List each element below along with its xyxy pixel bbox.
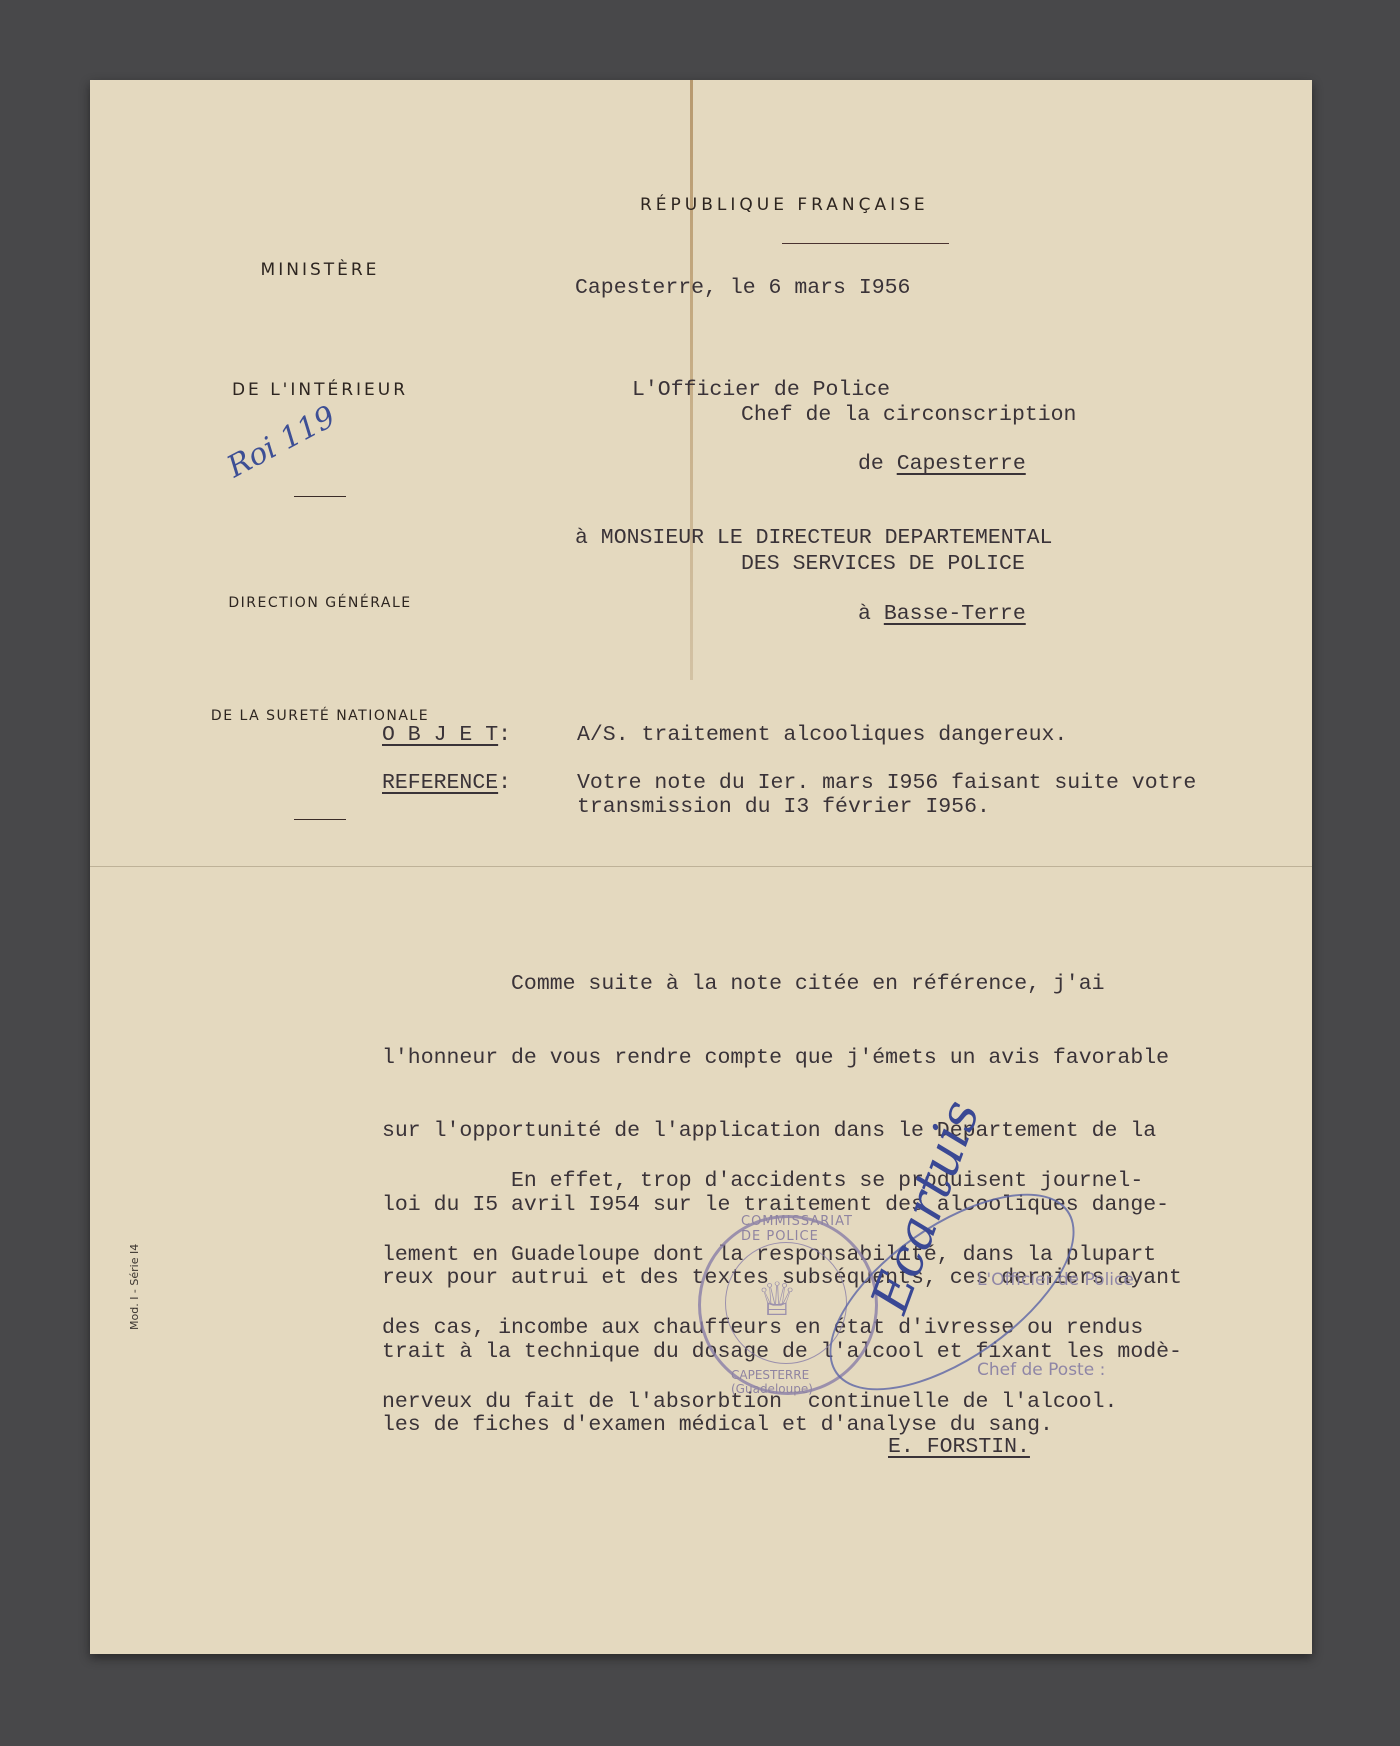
reference-line2: transmission du I3 février I956.: [577, 795, 990, 819]
ministry-line1: MINISTÈRE: [170, 250, 470, 290]
republic-heading: RÉPUBLIQUE FRANÇAISE: [640, 195, 929, 215]
sender-line3-prefix: de: [858, 452, 897, 476]
body-line: En effet, trop d'accidents se produisent…: [382, 1169, 1156, 1194]
body-line: l'honneur de vous rendre compte que j'ém…: [382, 1046, 1182, 1071]
object-text: A/S. traitement alcooliques dangereux.: [577, 723, 1067, 747]
place-date: Capesterre, le 6 mars I956: [575, 276, 910, 300]
recipient-line1: à MONSIEUR LE DIRECTEUR DEPARTEMENTAL: [575, 526, 1052, 550]
letterhead-divider-2: [294, 819, 346, 820]
recipient-place: Basse-Terre: [884, 602, 1026, 626]
sender-line2: Chef de la circonscription: [741, 403, 1076, 427]
object-label: O B J E T:: [382, 723, 511, 747]
ministry-line3: DIRECTION GÉNÉRALE: [170, 587, 470, 620]
stamp-top-text: COMMISSARIAT DE POLICE: [741, 1214, 875, 1244]
reference-line1: Votre note du Ier. mars I956 faisant sui…: [577, 771, 1196, 795]
body-line: Comme suite à la note citée en référence…: [382, 972, 1182, 997]
signatory-name: E. FORSTIN.: [888, 1435, 1030, 1459]
sender-line3: de Capesterre: [858, 452, 1026, 476]
republic-divider: [782, 243, 949, 244]
marianne-figure-icon: ♕: [759, 1260, 795, 1334]
recipient-line3: à Basse-Terre: [858, 602, 1026, 626]
ministry-letterhead: MINISTÈRE DE L'INTÉRIEUR DIRECTION GÉNÉR…: [170, 170, 470, 910]
sender-line1: L'Officier de Police: [632, 378, 890, 402]
recipient-line2: DES SERVICES DE POLICE: [741, 552, 1025, 576]
sender-place: Capesterre: [897, 452, 1026, 476]
form-code: Mod. I - Série I4: [128, 1244, 141, 1330]
letterhead-divider: [294, 496, 346, 497]
reference-label: REFERENCE:: [382, 771, 511, 795]
letter-page: MINISTÈRE DE L'INTÉRIEUR DIRECTION GÉNÉR…: [90, 80, 1312, 1654]
officer-stamp-line2: Chef de Poste :: [977, 1355, 1134, 1385]
recipient-line3-prefix: à: [858, 602, 884, 626]
